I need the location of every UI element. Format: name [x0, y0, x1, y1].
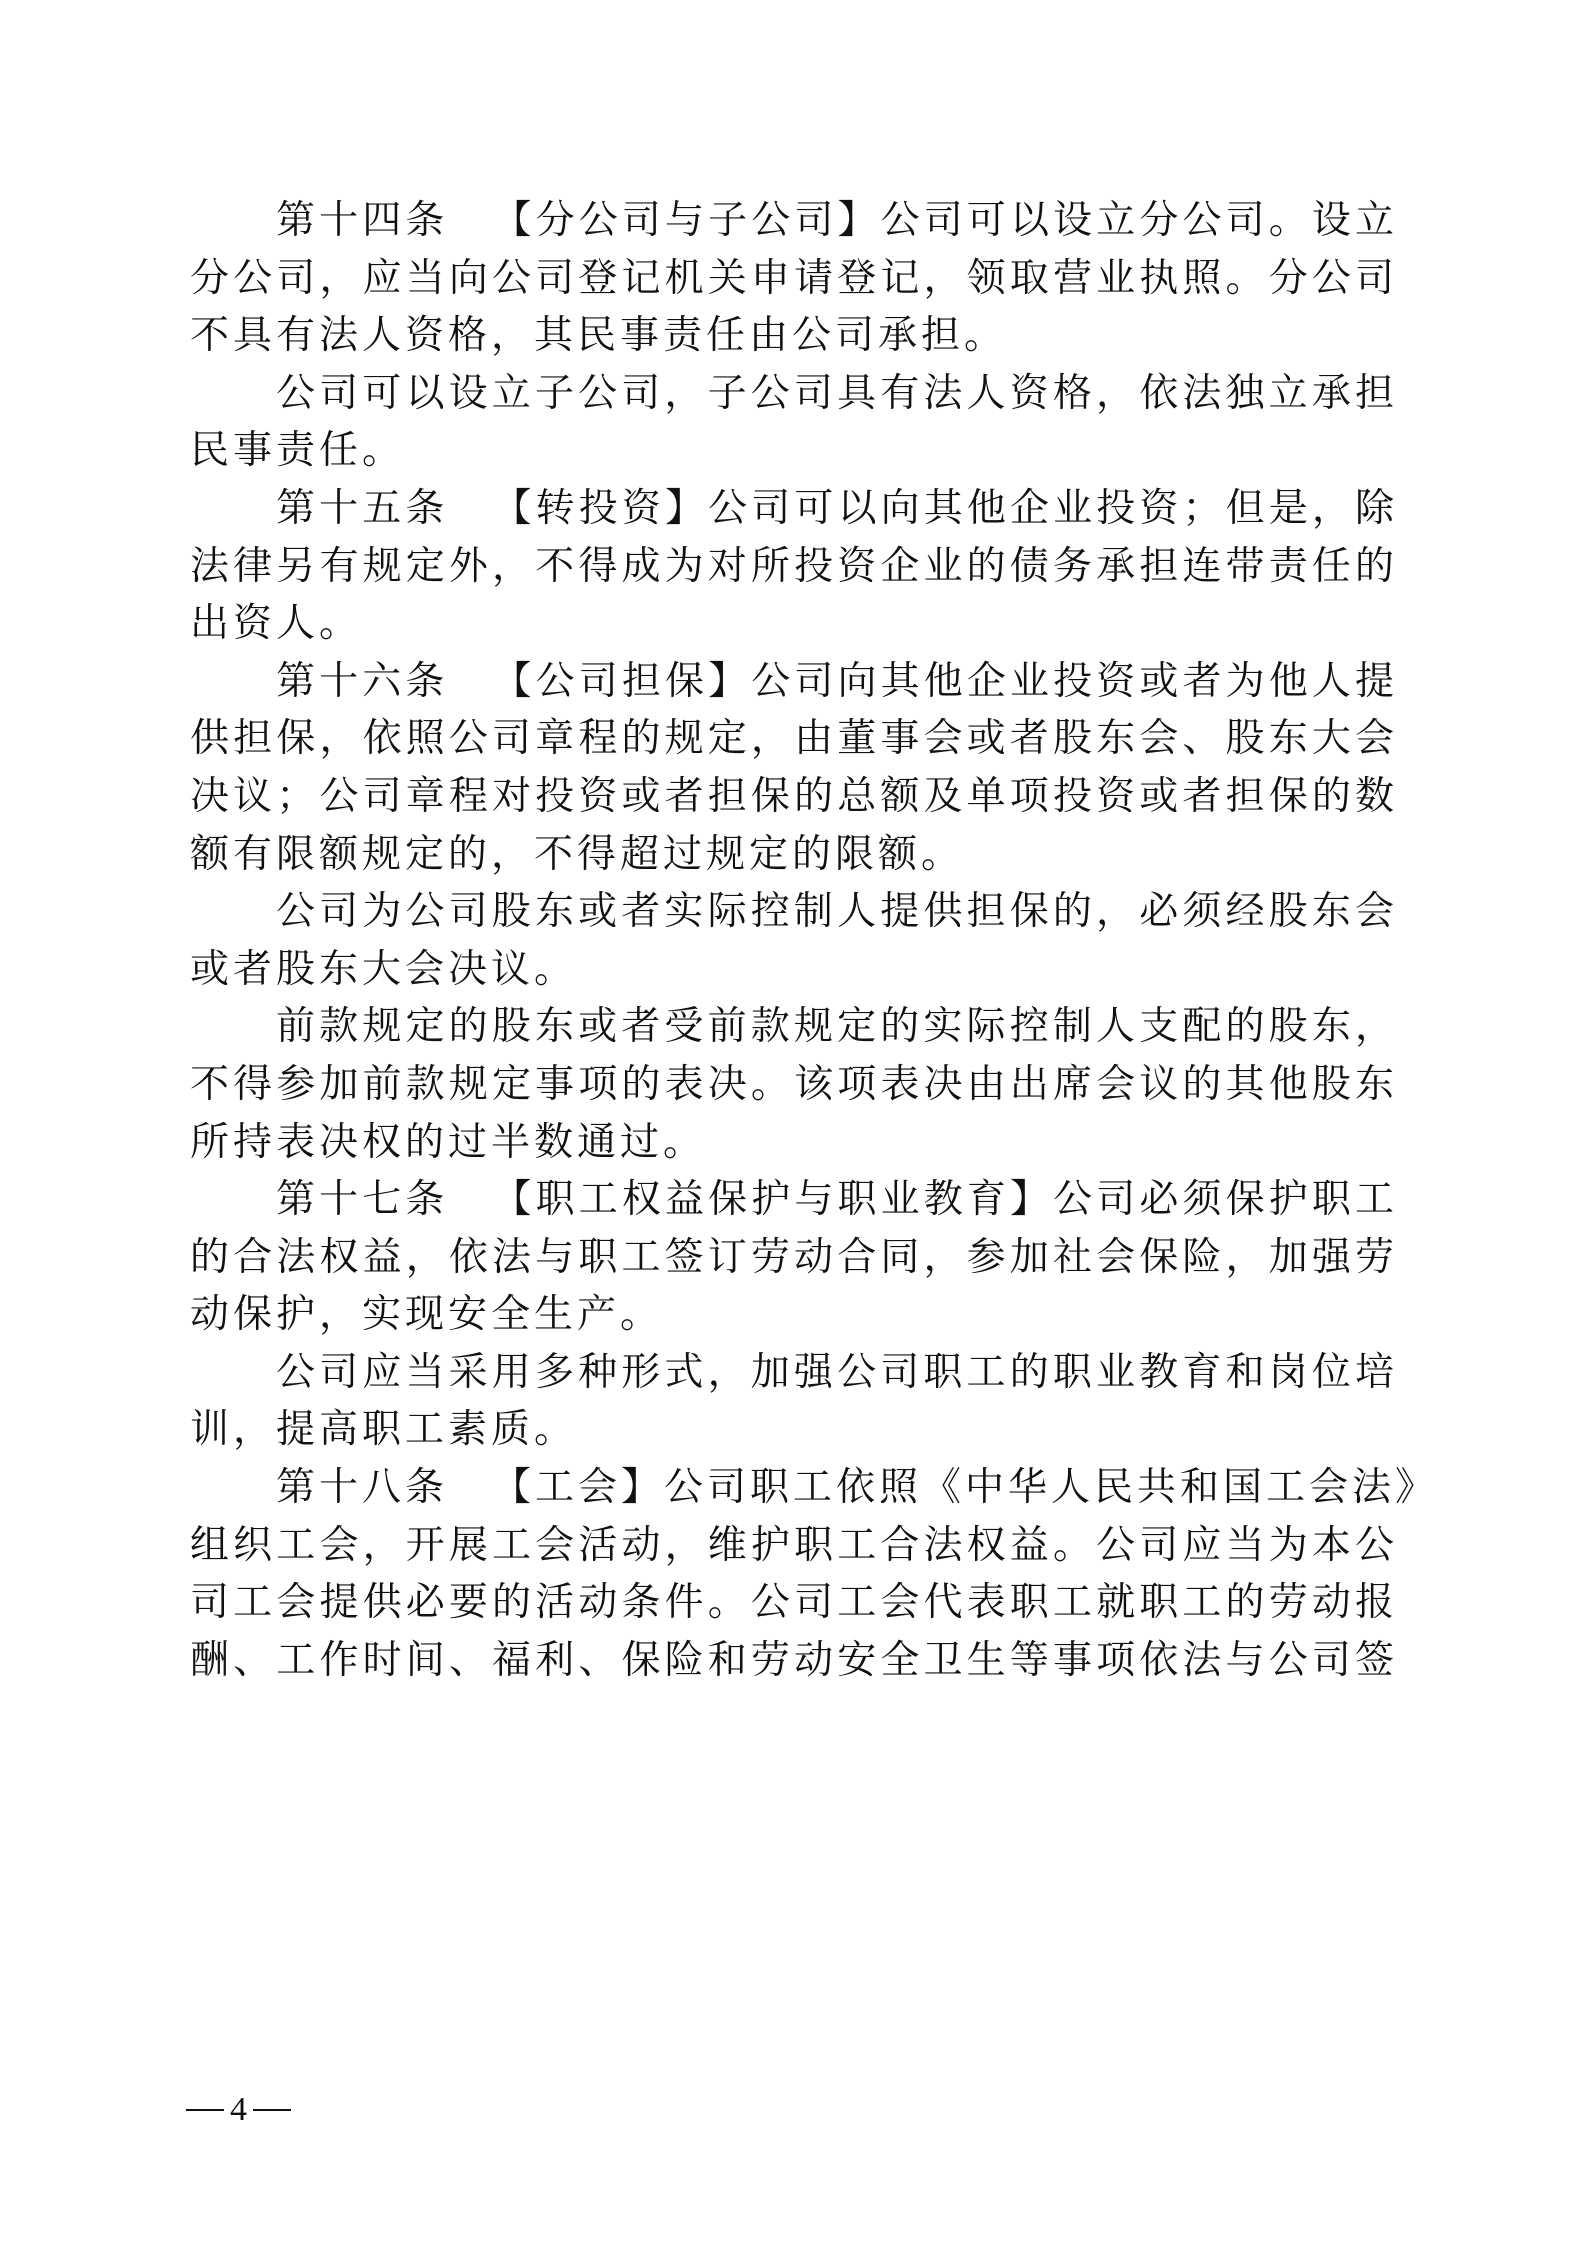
paragraph-line: 公司为公司股东或者实际控制人提供担保的，必须经股东会: [190, 883, 1398, 941]
paragraph-line: 所持表决权的过半数通过。: [190, 1114, 1400, 1172]
paragraph-line: 不得参加前款规定事项的表决。该项表决由出席会议的其他股东: [190, 1056, 1398, 1114]
paragraph-line: 或者股东大会决议。: [190, 941, 1400, 999]
paragraph-line: 第十五条【转投资】公司可以向其他企业投资；但是，除: [190, 480, 1398, 538]
line-text: 【职工权益保护与职业教育】公司必须保护职工: [493, 1177, 1398, 1222]
document-body: 第十四条【分公司与子公司】公司可以设立分公司。设立 分公司，应当向公司登记机关申…: [190, 192, 1400, 1689]
paragraph-line: 前款规定的股东或者受前款规定的实际控制人支配的股东，: [190, 998, 1398, 1056]
article-number: 第十八条: [276, 1465, 448, 1510]
line-text: 【公司担保】公司向其他企业投资或者为他人提: [493, 659, 1398, 704]
paragraph-line: 民事责任。: [190, 422, 1400, 480]
paragraph-line: 第十七条【职工权益保护与职业教育】公司必须保护职工: [190, 1171, 1398, 1229]
paragraph-line: 公司可以设立子公司，子公司具有法人资格，依法独立承担: [190, 365, 1398, 423]
paragraph-line: 公司应当采用多种形式，加强公司职工的职业教育和岗位培: [190, 1344, 1398, 1402]
paragraph-line: 法律另有规定外，不得成为对所投资企业的债务承担连带责任的: [190, 538, 1398, 596]
paragraph-line: 酬、工作时间、福利、保险和劳动安全卫生等事项依法与公司签: [190, 1632, 1398, 1690]
paragraph-line: 第十八条【工会】公司职工依照《中华人民共和国工会法》: [190, 1459, 1398, 1517]
paragraph-line: 出资人。: [190, 595, 1400, 653]
paragraph-line: 分公司，应当向公司登记机关申请登记，领取营业执照。分公司: [190, 250, 1398, 308]
paragraph-line: 组织工会，开展工会活动，维护职工合法权益。公司应当为本公: [190, 1517, 1398, 1575]
paragraph-line: 供担保，依照公司章程的规定，由董事会或者股东会、股东大会: [190, 710, 1398, 768]
article-number: 第十七条: [276, 1177, 449, 1222]
page-number-footer: 4: [186, 2090, 291, 2130]
line-text: 【转投资】公司可以向其他企业投资；但是，除: [493, 486, 1398, 531]
paragraph-line: 训，提高职工素质。: [190, 1401, 1400, 1459]
document-page: 第十四条【分公司与子公司】公司可以设立分公司。设立 分公司，应当向公司登记机关申…: [0, 0, 1587, 2245]
paragraph-line: 额有限额规定的，不得超过规定的限额。: [190, 826, 1400, 884]
paragraph-line: 不具有法人资格，其民事责任由公司承担。: [190, 307, 1400, 365]
line-text: 【分公司与子公司】公司可以设立分公司。设立: [493, 198, 1398, 243]
dash-right: [253, 2109, 291, 2111]
article-number: 第十六条: [276, 659, 449, 704]
article-number: 第十五条: [276, 486, 449, 531]
line-text: 【工会】公司职工依照《中华人民共和国工会法》: [492, 1465, 1438, 1510]
paragraph-line: 第十六条【公司担保】公司向其他企业投资或者为他人提: [190, 653, 1398, 711]
dash-left: [186, 2109, 224, 2111]
paragraph-line: 司工会提供必要的活动条件。公司工会代表职工就职工的劳动报: [190, 1574, 1398, 1632]
article-number: 第十四条: [276, 198, 449, 243]
page-number: 4: [230, 2090, 247, 2130]
paragraph-line: 动保护，实现安全生产。: [190, 1286, 1400, 1344]
paragraph-line: 的合法权益，依法与职工签订劳动合同，参加社会保险，加强劳: [190, 1229, 1398, 1287]
paragraph-line: 第十四条【分公司与子公司】公司可以设立分公司。设立: [190, 192, 1398, 250]
paragraph-line: 决议；公司章程对投资或者担保的总额及单项投资或者担保的数: [190, 768, 1398, 826]
